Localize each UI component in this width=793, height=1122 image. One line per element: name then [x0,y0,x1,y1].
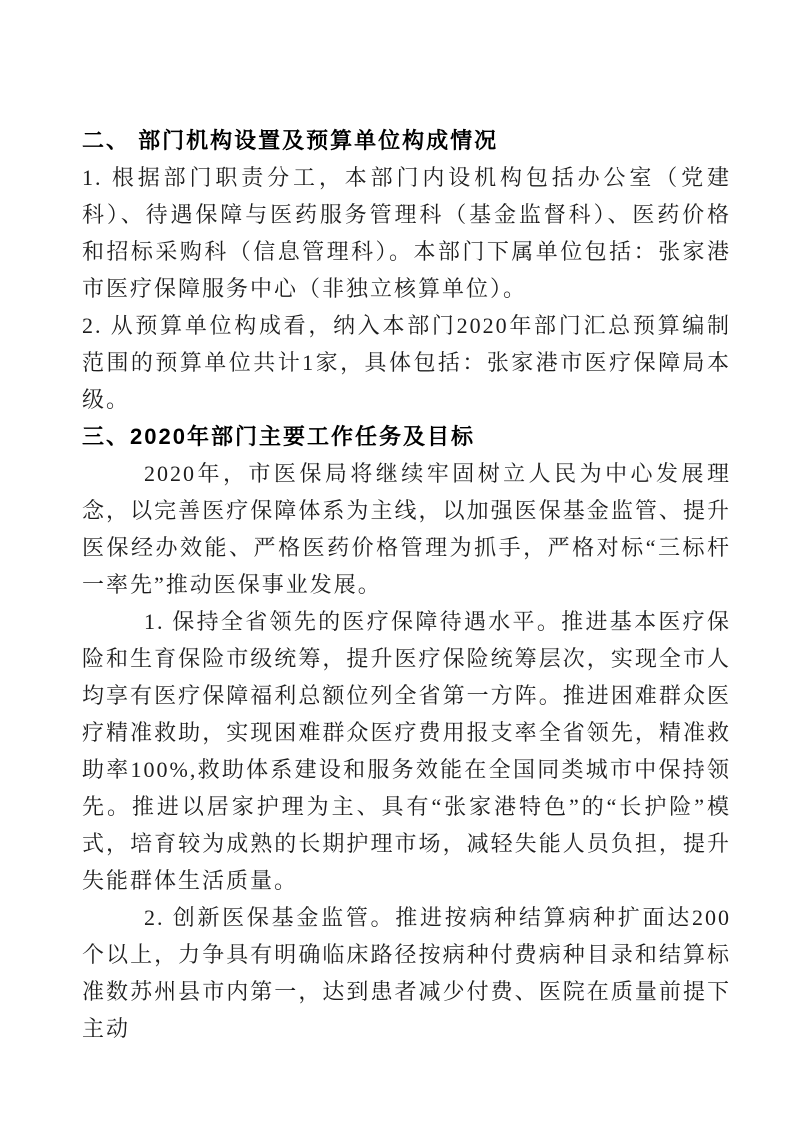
paragraph-budget-units: 2. 从预算单位构成看，纳入本部门2020年部门汇总预算编制范围的预算单位共计1… [82,307,731,418]
section-heading-2020-tasks: 三、2020年部门主要工作任务及目标 [82,418,731,455]
paragraph-task-2-fund-supervision: 2. 创新医保基金监管。推进按病种结算病种扩面达200个以上，力争具有明确临床路… [82,899,731,1047]
section-heading-org-setup: 二、 部门机构设置及预算单位构成情况 [82,122,731,159]
document-page: 二、 部门机构设置及预算单位构成情况 1. 根据部门职责分工，本部门内设机构包括… [0,0,793,1122]
document-body: 二、 部门机构设置及预算单位构成情况 1. 根据部门职责分工，本部门内设机构包括… [82,122,731,1047]
paragraph-task-1-benefit-level: 1. 保持全省领先的医疗保障待遇水平。推进基本医疗保险和生育保险市级统筹，提升医… [82,603,731,899]
paragraph-internal-departments: 1. 根据部门职责分工，本部门内设机构包括办公室（党建科）、待遇保障与医药服务管… [82,159,731,307]
paragraph-2020-overview: 2020年，市医保局将继续牢固树立人民为中心发展理念，以完善医疗保障体系为主线，… [82,455,731,603]
